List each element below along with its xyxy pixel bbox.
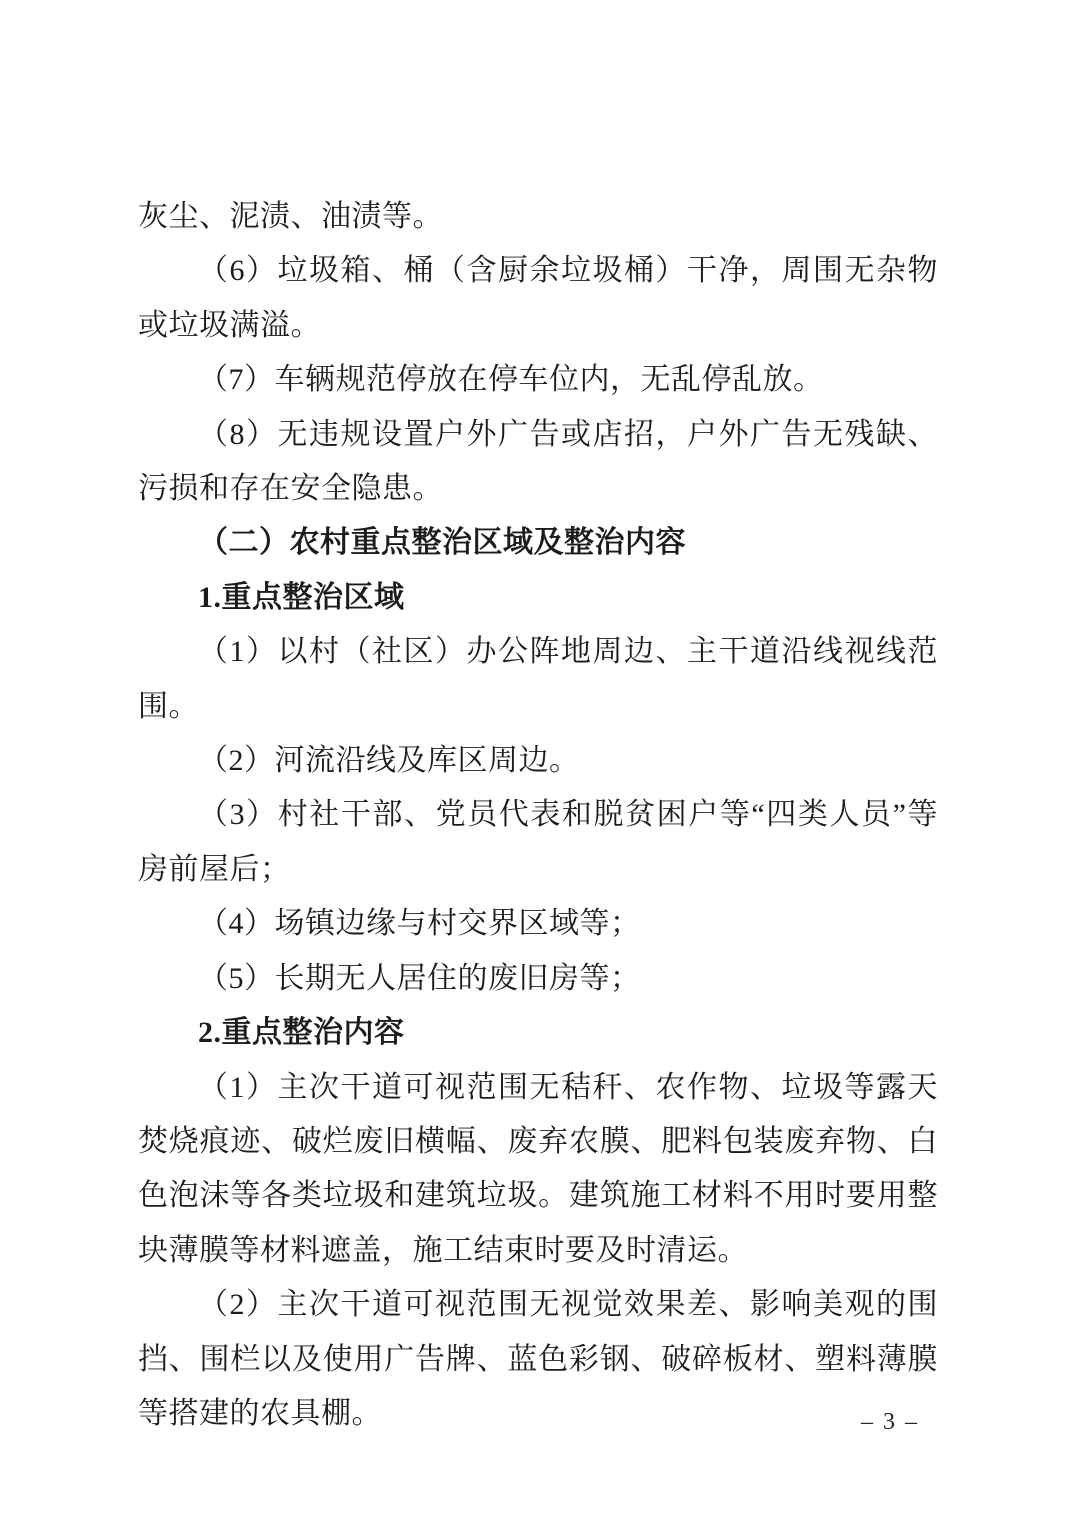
paragraph: （1）以村（社区）办公阵地周边、主干道沿线视线范围。: [138, 625, 938, 734]
page-number: – 3 –: [790, 1404, 990, 1440]
paragraph: （1）主次干道可视范围无秸秆、农作物、垃圾等露天焚烧痕迹、破烂废旧横幅、废弃农膜…: [138, 1061, 938, 1279]
document-body: 灰尘、泥渍、油渍等。（6）垃圾箱、桶（含厨余垃圾桶）干净，周围无杂物或垃圾满溢。…: [138, 190, 938, 1441]
paragraph: （3）村社干部、党员代表和脱贫困户等“四类人员”等房前屋后；: [138, 788, 938, 897]
paragraph: （8）无违规设置户外广告或店招，户外广告无残缺、污损和存在安全隐患。: [138, 408, 938, 517]
paragraph: （6）垃圾箱、桶（含厨余垃圾桶）干净，周围无杂物或垃圾满溢。: [138, 244, 938, 353]
paragraph: （4）场镇边缘与村交界区域等；: [138, 897, 938, 951]
paragraph: （5）长期无人居住的废旧房等；: [138, 952, 938, 1006]
section-heading: （二）农村重点整治区域及整治内容: [138, 516, 938, 570]
document-page: 灰尘、泥渍、油渍等。（6）垃圾箱、桶（含厨余垃圾桶）干净，周围无杂物或垃圾满溢。…: [0, 0, 1074, 1520]
sub-heading: 2.重点整治内容: [138, 1006, 938, 1060]
sub-heading: 1.重点整治区域: [138, 571, 938, 625]
paragraph: （7）车辆规范停放在停车位内，无乱停乱放。: [138, 353, 938, 407]
paragraph: （2）河流沿线及库区周边。: [138, 734, 938, 788]
paragraph: 灰尘、泥渍、油渍等。: [138, 190, 938, 244]
